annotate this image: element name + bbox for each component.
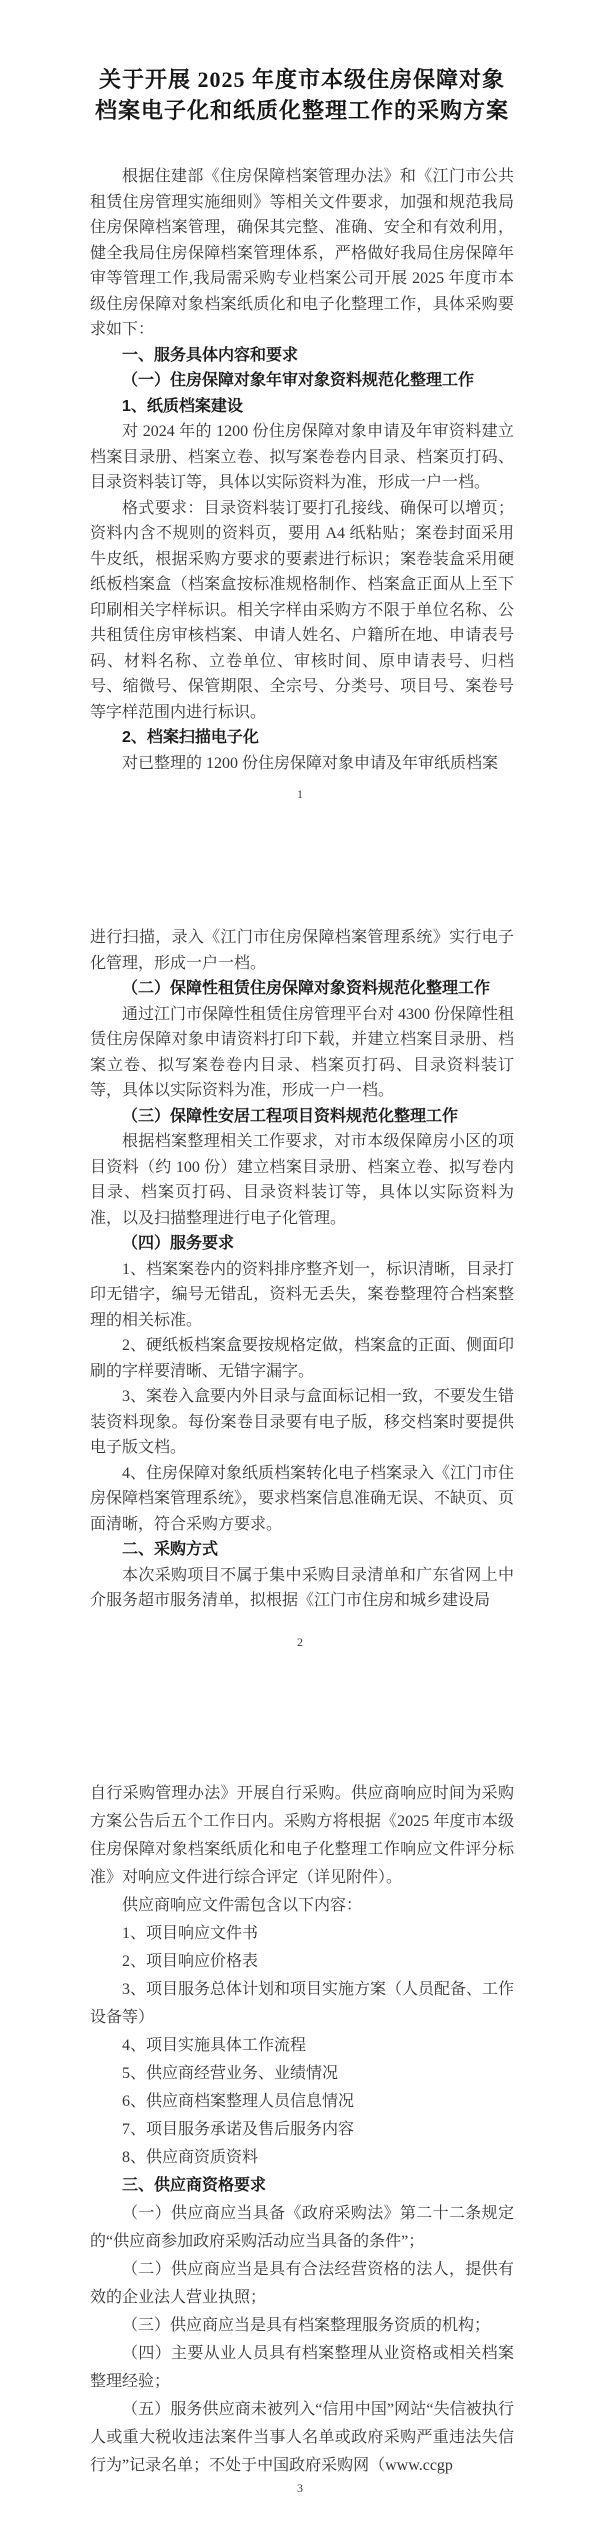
paragraph-method-continued: 自行采购管理办法》开展自行采购。供应商响应时间为采购方案公告后五个工作日内。采购… [90,1780,514,1892]
heading-service-content: 一、服务具体内容和要求 [90,343,514,369]
document-title: 关于开展 2025 年度市本级住房保障对象档案电子化和纸质化整理工作的采购方案 [90,64,514,126]
qualification-1: （一）供应商应当具备《政府采购法》第二十二条规定的“供应商参加政府采购活动应当具… [90,2200,514,2256]
requirement-3: 3、案卷入盒要内外目录与盒面标记相一致，不要发生错装资料现象。每份案卷目录要有电… [90,1384,514,1461]
paragraph-project-100: 根据档案整理相关工作要求，对市本级保障房小区的项目资料（约 100 份）建立档案… [90,1129,514,1231]
procurement-document: 关于开展 2025 年度市本级住房保障对象档案电子化和纸质化整理工作的采购方案 … [0,0,600,2546]
heading-rental-housing-work: （二）保障性租赁住房保障对象资料规范化整理工作 [90,976,514,1002]
paragraph-method-start: 本次采购项目不属于集中采购目录清单和广东省网上中介服务超市服务清单，拟根据《江门… [90,1563,514,1614]
requirement-2: 2、硬纸板档案盒要按规格定做，档案盒的正面、侧面印刷的字样要清晰、无错字漏字。 [90,1333,514,1384]
page-number-3: 3 [0,2481,600,2495]
response-item-1: 1、项目响应文件书 [90,1920,514,1948]
paragraph-response-include: 供应商响应文件需包含以下内容： [90,1892,514,1920]
paragraph-format-requirements: 格式要求：目录资料装订要打孔接线、确保可以增页；资料内含不规则的资料页，要用 A… [90,496,514,726]
requirement-1: 1、档案案卷内的资料排序整齐划一，标识清晰，目录打印无错字，编号无错乱，资料无丢… [90,1257,514,1334]
qualification-4: （四）主要从业人员具有档案整理从业资格或相关档案整理经验； [90,2340,514,2396]
response-item-3: 3、项目服务总体计划和项目实施方案（人员配备、工作设备等） [90,1976,514,2032]
heading-paper-archive: 1、纸质档案建设 [90,394,514,420]
page-3: 自行采购管理办法》开展自行采购。供应商响应时间为采购方案公告后五个工作日内。采购… [90,1780,514,2480]
page-number-1: 1 [0,787,600,801]
qualification-3: （三）供应商应当是具有档案整理服务资质的机构； [90,2312,514,2340]
page-number-2: 2 [0,1635,600,1649]
heading-yearly-review-work: （一）住房保障对象年审对象资料规范化整理工作 [90,368,514,394]
response-item-5: 5、供应商经营业务、业绩情况 [90,2060,514,2088]
heading-supplier-qualification: 三、供应商资格要求 [90,2172,514,2200]
heading-service-requirements: （四）服务要求 [90,1231,514,1257]
intro-paragraph: 根据住建部《住房保障档案管理办法》和《江门市公共租赁住房管理实施细则》等相关文件… [90,164,514,343]
response-item-8: 8、供应商资质资料 [90,2144,514,2172]
response-item-6: 6、供应商档案整理人员信息情况 [90,2088,514,2116]
response-item-7: 7、项目服务承诺及售后服务内容 [90,2116,514,2144]
qualification-2: （二）供应商应当是具有合法经营资格的法人，提供有效的企业法人营业执照； [90,2256,514,2312]
heading-scan-digitize: 2、档案扫描电子化 [90,725,514,751]
requirement-4: 4、住房保障对象纸质档案转化电子档案录入《江门市住房保障档案管理系统》，要求档案… [90,1461,514,1538]
page-1: 关于开展 2025 年度市本级住房保障对象档案电子化和纸质化整理工作的采购方案 … [90,64,514,776]
response-item-4: 4、项目实施具体工作流程 [90,2032,514,2060]
qualification-5: （五）服务供应商未被列入“信用中国”网站“失信被执行人或重大税收违法案件当事人名… [90,2396,514,2480]
response-item-2: 2、项目响应价格表 [90,1948,514,1976]
heading-anju-project-work: （三）保障性安居工程项目资料规范化整理工作 [90,1104,514,1130]
paragraph-rental-4300: 通过江门市保障性租赁住房管理平台对 4300 份保障性租赁住房保障对象申请资料打… [90,1002,514,1104]
page-2: 进行扫描，录入《江门市住房保障档案管理系统》实行电子化管理，形成一户一档。 （二… [90,925,514,1614]
paragraph-archive-build: 对 2024 年的 1200 份住房保障对象申请及年审资料建立档案目录册、档案立… [90,419,514,496]
paragraph-scan-start: 对已整理的 1200 份住房保障对象申请及年审纸质档案 [90,751,514,777]
heading-procurement-method: 二、采购方式 [90,1537,514,1563]
paragraph-scan-continued: 进行扫描，录入《江门市住房保障档案管理系统》实行电子化管理，形成一户一档。 [90,925,514,976]
